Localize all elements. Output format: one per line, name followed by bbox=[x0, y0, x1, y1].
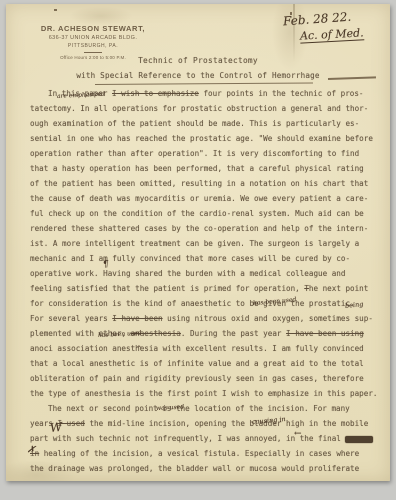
typed-line: operative work. Having shared the burden… bbox=[30, 266, 382, 281]
typed-line: ist. A more intelligent treatment can be… bbox=[30, 236, 382, 251]
typed-line: mechanic and I am fully convinced that m… bbox=[30, 251, 382, 266]
typed-text: ful check up on the condition of the car… bbox=[30, 209, 364, 218]
typed-line: the type of anesthesia is the first poin… bbox=[30, 386, 382, 401]
typed-line: ough examination of the patient should b… bbox=[30, 116, 382, 131]
typed-text: operative work. Having shared the burden… bbox=[30, 269, 345, 278]
typed-text: plemented with ether, bbox=[30, 329, 131, 338]
typed-text: rendered these shattered cases by the co… bbox=[30, 224, 368, 233]
typed-text: operation rather than after operation". … bbox=[30, 149, 359, 158]
typed-text: anoci association anesthesia with excell… bbox=[30, 344, 364, 353]
typed-text: he next point bbox=[309, 284, 368, 293]
typed-line: in healing of the incision, a vesical fi… bbox=[30, 446, 382, 461]
typed-text: sential in one who has reached the prost… bbox=[30, 134, 373, 143]
struck-text: I have been using bbox=[286, 329, 364, 338]
handwritten-org-note: Ac. of Med. bbox=[300, 26, 364, 43]
scanned-document-scan: DR. ACHESON STEWART, 636-37 UNION ARCADE… bbox=[0, 0, 396, 500]
document-subtitle: with Special Reference to the Control of… bbox=[6, 71, 390, 80]
typed-line: For several years I have been using nitr… bbox=[30, 311, 382, 326]
typed-text: years bbox=[30, 419, 57, 428]
typed-text: mechanic and I am fully convinced that m… bbox=[30, 254, 350, 263]
typed-line: anoci association anesthesia with excell… bbox=[30, 341, 382, 356]
typed-text: the cause of death was myocarditis or ur… bbox=[30, 194, 368, 203]
typed-line: of the patient has been omitted, resulti… bbox=[30, 176, 382, 191]
letterhead-city: PITTSBURGH, PA. bbox=[32, 43, 154, 49]
typed-text: the type of anesthesia is the first poin… bbox=[30, 389, 377, 398]
letterhead-divider bbox=[84, 52, 102, 53]
typed-line: operation rather than after operation". … bbox=[30, 146, 382, 161]
typed-line: ful check up on the condition of the car… bbox=[30, 206, 382, 221]
subtitle-underline bbox=[95, 82, 313, 85]
typed-text: the mid-line incision, opening the bladd… bbox=[85, 419, 368, 428]
typed-text: . During the past year bbox=[181, 329, 286, 338]
typed-text: part with such technic not infrequently,… bbox=[30, 434, 345, 443]
typed-text: the drainage was prolonged, the bladder … bbox=[30, 464, 359, 473]
struck-text: anaesthesia bbox=[131, 329, 181, 338]
typed-line: part with such technic not infrequently,… bbox=[30, 431, 382, 446]
typed-line: tatectomy. In all operations for prostat… bbox=[30, 101, 382, 116]
typed-line: plemented with ether, anaesthesia. Durin… bbox=[30, 326, 382, 341]
typed-text: for consideration is the kind of anaesth… bbox=[30, 299, 355, 308]
typed-text: that a local anesthetic is of infinite v… bbox=[30, 359, 364, 368]
typed-text: The next or second point is the location… bbox=[48, 404, 350, 413]
typed-text: ist. A more intelligent treatment can be… bbox=[30, 239, 359, 248]
struck-text: in bbox=[30, 449, 39, 458]
struck-text: I wish to emphasize bbox=[112, 89, 199, 98]
typed-text: tatectomy. In all operations for prostat… bbox=[30, 104, 368, 113]
letterhead-address: 636-37 UNION ARCADE BLDG. bbox=[32, 35, 154, 41]
speck-1 bbox=[54, 9, 57, 11]
typed-text: In this paper bbox=[48, 89, 112, 98]
typed-text: ough examination of the patient should b… bbox=[30, 119, 359, 128]
typed-line: feeling satisfied that the patient is pr… bbox=[30, 281, 382, 296]
typed-line: that a hasty operation has been performe… bbox=[30, 161, 382, 176]
struck-text: I have been bbox=[112, 314, 162, 323]
typed-text: obliteration of pain and rigidity previo… bbox=[30, 374, 364, 383]
typed-text: four points in the technic of pros- bbox=[199, 89, 364, 98]
typed-line: years I used the mid-line incision, open… bbox=[30, 416, 382, 431]
typed-text: of the patient has been omitted, resulti… bbox=[30, 179, 368, 188]
document-title: Technic of Prostatectomy bbox=[6, 56, 390, 65]
typed-line: In this paper I wish to emphasize four p… bbox=[30, 86, 382, 101]
ink-blot bbox=[345, 436, 373, 443]
paper-sheet: DR. ACHESON STEWART, 636-37 UNION ARCADE… bbox=[6, 4, 390, 481]
typed-text: using nitrous oxid and oxygen, sometimes… bbox=[163, 314, 373, 323]
typed-line: that a local anesthetic is of infinite v… bbox=[30, 356, 382, 371]
typed-text: healing of the incision, a vesical fistu… bbox=[39, 449, 359, 458]
typed-text: that a hasty operation has been performe… bbox=[30, 164, 364, 173]
typed-text: feeling satisfied that the patient is pr… bbox=[30, 284, 304, 293]
typed-line: for consideration is the kind of anaesth… bbox=[30, 296, 382, 311]
letterhead-name: DR. ACHESON STEWART, bbox=[32, 24, 154, 33]
letterhead: DR. ACHESON STEWART, 636-37 UNION ARCADE… bbox=[32, 24, 154, 60]
typed-line: the drainage was prolonged, the bladder … bbox=[30, 461, 382, 476]
typed-text: For several years bbox=[30, 314, 112, 323]
typed-line: The next or second point is the location… bbox=[30, 401, 382, 416]
typed-body-text: In this paper I wish to emphasize four p… bbox=[30, 86, 382, 476]
typed-line: obliteration of pain and rigidity previo… bbox=[30, 371, 382, 386]
typed-line: sential in one who has reached the prost… bbox=[30, 131, 382, 146]
struck-text: I used bbox=[57, 419, 84, 428]
typed-line: rendered these shattered cases by the co… bbox=[30, 221, 382, 236]
typed-line: the cause of death was myocarditis or ur… bbox=[30, 191, 382, 206]
